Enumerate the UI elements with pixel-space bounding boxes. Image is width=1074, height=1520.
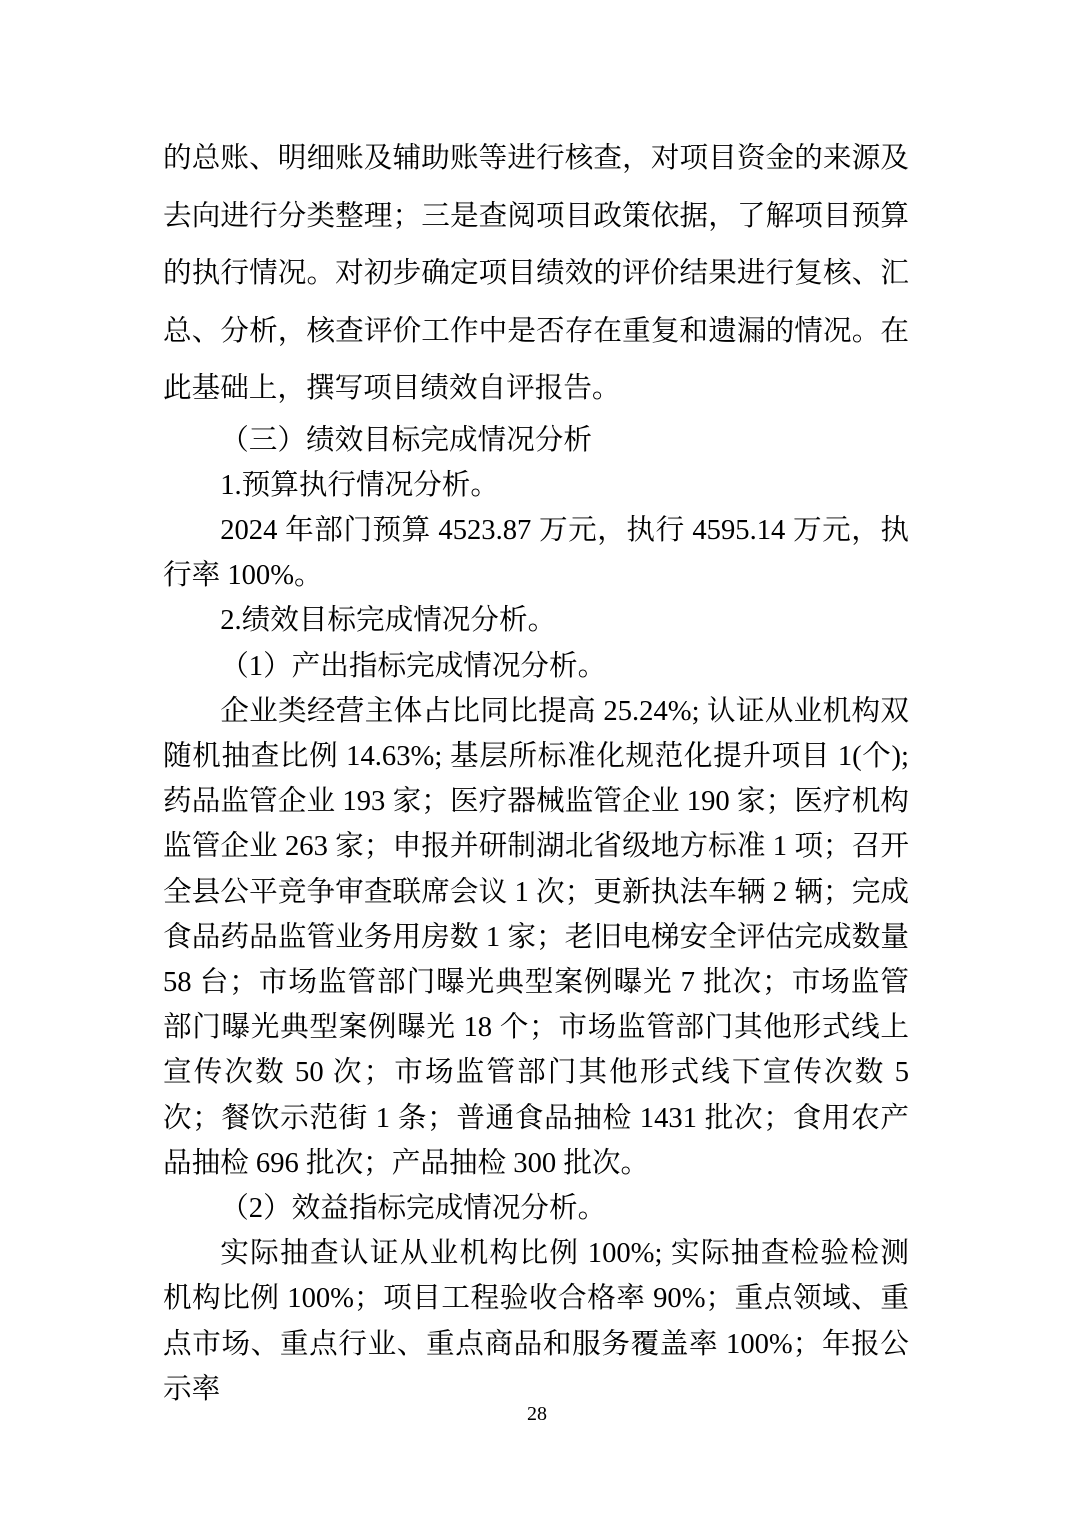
paragraph-output-indicators: 企业类经营主体占比同比提高 25.24%; 认证从业机构双随机抽查比例 14.6… — [163, 689, 909, 1186]
paragraph-budget-execution: 2024 年部门预算 4523.87 万元，执行 4595.14 万元，执行率 … — [163, 508, 909, 598]
page-number: 28 — [527, 1403, 547, 1425]
document-page: 的总账、明细账及辅助账等进行核查，对项目资金的来源及去向进行分类整理；三是查阅项… — [0, 0, 1074, 1520]
page-footer: 28 — [0, 1401, 1074, 1427]
paragraph-audit-method-continuation: 的总账、明细账及辅助账等进行核查，对项目资金的来源及去向进行分类整理；三是查阅项… — [163, 130, 909, 418]
sub1-heading-output-indicators: （1）产出指标完成情况分析。 — [163, 644, 909, 689]
item2-heading-performance-target-completion: 2.绩效目标完成情况分析。 — [163, 598, 909, 643]
document-body: 的总账、明细账及辅助账等进行核查，对项目资金的来源及去向进行分类整理；三是查阅项… — [163, 130, 909, 1412]
item1-heading-budget-execution-analysis: 1.预算执行情况分析。 — [163, 463, 909, 508]
paragraph-benefit-indicators: 实际抽查认证从业机构比例 100%; 实际抽查检验检测机构比例 100%；项目工… — [163, 1231, 909, 1412]
sub2-heading-benefit-indicators: （2）效益指标完成情况分析。 — [163, 1186, 909, 1231]
section-heading-performance-target-analysis: （三）绩效目标完成情况分析 — [163, 418, 909, 463]
